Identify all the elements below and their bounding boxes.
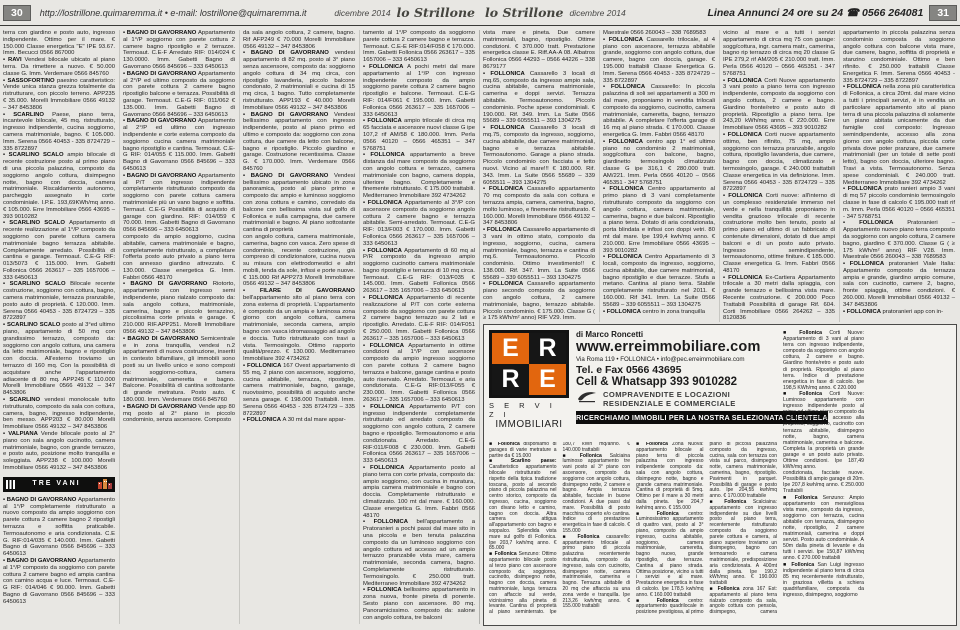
- classifieds-column-2: • BAGNO DI GAVORRANO Appartamento al 1°/…: [123, 30, 240, 624]
- classified-ad: • SASSOFORTINO paesino caratteristico: V…: [3, 78, 115, 112]
- erre-logo: E R R E S E R V I Z I IMMOBILIARI: [489, 330, 569, 438]
- classified-ad: • FOLLONICA bellissimo appartamento in z…: [363, 587, 475, 621]
- classified-ad: • FOLLONICA Centro appartamento al primo…: [603, 186, 715, 254]
- classifieds-column-1: terra con giardino e posto auto, ingress…: [3, 30, 120, 624]
- classified-ad: • FOLLONICA appartamento a breve distanz…: [363, 152, 475, 200]
- classified-ad: • FOLLONICA 167 Ovest appartamento di 55…: [243, 363, 355, 417]
- classified-ad: • FOLLONICA Appartamento di recente real…: [363, 295, 475, 343]
- classified-ad: • FOLLONICA Pratoranieri – Appartamento …: [843, 220, 955, 261]
- classified-ad: • BAGNO DI GAVORRANO Appartamento al 1°/…: [123, 30, 235, 71]
- classifieds-column-3: da sala angolo cottura, 2 camere, bagno.…: [243, 30, 360, 624]
- classified-ad: • FOLLONICA Appartamento posto al piano …: [363, 465, 475, 519]
- classifieds-column-5: vista mare e pineta. Due camere matrimon…: [483, 30, 600, 322]
- agency-services: COMPRAVENDITE E LOCAZIONI RESIDENZIALE E…: [603, 391, 736, 408]
- classified-ad: vista mare e pineta. Due camere matrimon…: [483, 30, 595, 71]
- classified-ad: • FOLLONICA centro app 1° ed ultimo pian…: [603, 139, 715, 187]
- classified-ad: • FILARE DI GAVORRANO bell'appartamento …: [243, 288, 355, 363]
- classified-ad: ■ Follonica disponiamo di garages di var…: [489, 442, 557, 459]
- erre-listings-right: ■ Follonica Corti Nuove: Appartamento di…: [783, 330, 951, 620]
- classified-ad: • BAGNO DI GAVORRANO Appartamento al 1°/…: [3, 497, 115, 558]
- columns-icon: [6, 480, 15, 489]
- classified-ad: • SCARLINO Paese, piano terra, incantevo…: [3, 112, 115, 153]
- classified-ad: condizionata, facciate nuove. Possibilit…: [783, 470, 864, 494]
- issue-date-left: dicembre 2014: [334, 8, 390, 18]
- classified-ad: • FOLLONICA Cassarello appartamento di 3…: [483, 227, 595, 281]
- newspaper-page: 30 http://lostrillone.quimaremma.it • e-…: [0, 0, 960, 630]
- buildings-icon: [98, 479, 112, 489]
- classified-ad: • BAGNO DI GAVORRANO vendesi appartament…: [243, 50, 355, 111]
- logo-subtitle-servizi: S E R V I Z I: [489, 401, 569, 419]
- classified-ad: ■ Follonica San Luigi ingresso indipende…: [783, 562, 864, 599]
- section-banner-tre-vani: TRE VANI: [3, 477, 115, 492]
- classified-ad: da sala angolo cottura, 2 camere, bagno.…: [243, 30, 355, 50]
- classified-ad: • VALPIANA Vende bilocale posto al 2° pi…: [3, 431, 115, 472]
- classified-ad: • FOLLONICA Cassarello trilocale, al 4 p…: [603, 37, 715, 85]
- page-header: 30 http://lostrillone.quimaremma.it • e-…: [0, 0, 960, 26]
- classified-ad: • FOLLONICA Cassarello appartamento pian…: [483, 281, 595, 322]
- classified-ad: • FOLLONICA Appartamento in ottime condi…: [363, 343, 475, 404]
- classified-ad: • FOLLONICA pratoranieri Viale Italia: A…: [843, 261, 955, 309]
- classified-ad: • FOLLONICA Appartamento al 3°/P con asc…: [363, 200, 475, 248]
- classified-ad: • BAGNO DI GAVORRANO Appartamento al P/T…: [123, 173, 235, 234]
- classified-ad: ■ Follonica cassarello: appartamento tri…: [563, 535, 631, 610]
- classified-ad: • FOLLONICA Corti Nuove appartamento 3 v…: [723, 78, 835, 132]
- classified-ad: • FOLLONICA A pochi metri dal mare appar…: [363, 64, 475, 118]
- phone-line-info: Linea Annunci 24 ore su 24 ☎ 0566 264081: [708, 7, 924, 19]
- classified-ad: ■ Follonica Zona Nuova: appartamento bil…: [636, 442, 704, 512]
- newspaper-logo: lo Strillone: [485, 5, 563, 20]
- classified-ad: • FOLLONICA Ex-Cartiera Appartamento tri…: [723, 275, 835, 322]
- logo-subtitle-immobiliari: IMMOBILIARI: [495, 419, 562, 430]
- issue-date-right: dicembre 2014: [569, 8, 625, 18]
- classified-ad: • FOLLONICA Appartamento P/T con ingress…: [363, 404, 475, 465]
- classified-ad: • FOLLONICA bell'appartamento a Pratoran…: [363, 519, 475, 587]
- classified-ad: • FOLLONICA ampio trilocale di circa mq …: [363, 118, 475, 152]
- classified-ad: tamento al 1°/P composto da soggiorno pa…: [363, 30, 475, 64]
- classified-ad: • FOLLONICA Cassarello appartamento 70 m…: [483, 186, 595, 227]
- classified-ad: • SCARLINO SCALO Appartamento di recente…: [3, 220, 115, 281]
- classified-ad: • FOLLONICA Corti nuove appartamento ott…: [723, 132, 835, 193]
- classified-ad: • SCARLINO SCALO posto al 3°ed ultimo pi…: [3, 322, 115, 397]
- classified-ad: • FOLLONICA Corti nuove: all'interno di …: [723, 193, 835, 275]
- classifieds-column-4: tamento al 1°/P composto da soggiorno pa…: [363, 30, 480, 624]
- classified-ad: • FOLLONICA centro in zona tranquilla: [603, 309, 715, 316]
- classified-ad: • FOLLONICA A 30 mt dal mare appar-: [243, 417, 355, 424]
- page-number-left: 30: [3, 5, 31, 21]
- classifieds-column-6: Maestrale 0566 260043 – 338 7689583• FOL…: [603, 30, 720, 322]
- classified-ad: • FOLLONICA pratoranieri app con in-: [843, 309, 955, 316]
- classified-ad: • BAGNO DI GAVORRANO Appartamento al 1°/…: [3, 558, 115, 606]
- classifieds-column-8: appartamento in piccola palazzina senza …: [843, 30, 959, 322]
- classified-ad: appartamento in piccola palazzina senza …: [843, 30, 955, 84]
- classified-ad: con angolo cottura, camera matrimoniale,…: [243, 234, 355, 288]
- header-left-page: 30 http://lostrillone.quimaremma.it • e-…: [3, 5, 475, 21]
- classified-ad: Maestrale 0566 260043 – 338 7689583: [603, 30, 715, 37]
- erre-listings-bottom: ■ Follonica disponiamo di garages di var…: [489, 442, 777, 620]
- classified-ad: • BAGNO DI GAVORRANO Vendesi bellissimo …: [243, 112, 355, 173]
- fiaip-logo-icon: [576, 390, 598, 409]
- logo-letter: R: [492, 364, 529, 395]
- classified-ad: ■ Follonica Corti Nuove: Appartamento di…: [783, 330, 864, 391]
- classified-ad: composto da ampio soggiorno, cucina abit…: [123, 234, 235, 282]
- page-number-right: 31: [929, 5, 957, 21]
- erre-agency-ad: E R R E S E R V I Z I IMMOBILIARI di Mar…: [483, 324, 957, 626]
- logo-letter: E: [529, 364, 566, 395]
- classified-ad: ■ Scarlino paese: Caratteristico apparta…: [489, 459, 557, 552]
- classifieds-column-7: vicino al mare e a tutti i servizi appar…: [723, 30, 840, 322]
- masthead-url: http://lostrillone.quimaremma.it • e-mai…: [40, 8, 307, 18]
- classified-ad: ■ Follonica centro: Luminosissimo appart…: [636, 512, 704, 599]
- classified-ad: • FOLLONICA Centro Appartamento di 3 loc…: [603, 254, 715, 308]
- classified-ad: vicino al mare e a tutti i servizi appar…: [723, 30, 835, 78]
- classified-ad: • BAGNO DI GAVORRANO Vende app 80 mq pos…: [123, 404, 235, 424]
- logo-letter: E: [492, 333, 529, 364]
- newspaper-logo: lo Strillone: [397, 5, 475, 20]
- header-right-page: lo Strillone dicembre 2014 Linea Annunci…: [475, 5, 957, 21]
- classified-ad: • BAGNO DI GAVORRANO Semicentrale e in z…: [123, 336, 235, 404]
- classified-ad: • FOLLONICA prato ranieri ampio 3 vani d…: [843, 186, 955, 220]
- classified-ad: • SCARLINO SCALO ampio bilocale di recen…: [3, 152, 115, 220]
- classified-ad: • FOLLONICA Cassarello: In piccola palaz…: [603, 84, 715, 138]
- classified-ad: • FOLLONICA Cassarello 3 locali di mq.65…: [483, 71, 595, 125]
- classified-ad: • FOLLONICA Cassarello 3 locali di mq.75…: [483, 125, 595, 186]
- section-banner-label: TRE VANI: [32, 481, 80, 488]
- classified-ad: • BAGNO DI GAVORRANO Riotorto, appartame…: [123, 281, 235, 335]
- classified-ad: • FOLLONICA Appartamento di 60 mq al P/R…: [363, 248, 475, 296]
- classified-ad: • BAGNO DI GAVORRANO Appartamento al 2°/…: [123, 71, 235, 119]
- classified-ad: • SCARLINO vendesi monolocale tutto rist…: [3, 397, 115, 431]
- classified-ad: • SCARLINO SCALO Bilocale recente costru…: [3, 281, 115, 322]
- classified-ad: • FOLLONICA nella zona più caratteristic…: [843, 84, 955, 186]
- classified-ad: • BAGNO DI GAVORRANO Vendesi bellissimo …: [243, 173, 355, 234]
- classified-ad: ■ Follonica Salciaina luminoso appartame…: [563, 454, 631, 535]
- logo-letter: R: [529, 333, 566, 364]
- classified-ad: ■ Follonica Scalciaina: appartamento con…: [710, 500, 778, 587]
- classified-ad: terra con giardino e posto auto, ingress…: [3, 30, 115, 57]
- classified-ad: ■ Follonica Senzuno: Ampio appartamento …: [783, 495, 864, 562]
- classified-ad: • RAVI Vendesi bilocale ubicato al piano…: [3, 57, 115, 77]
- classified-ad: • BAGNO DI GAVORRANO Appartamento al 2°/…: [123, 118, 235, 172]
- classified-ad: ■ Follonica Corti Nuove: Luminoso appart…: [783, 391, 864, 470]
